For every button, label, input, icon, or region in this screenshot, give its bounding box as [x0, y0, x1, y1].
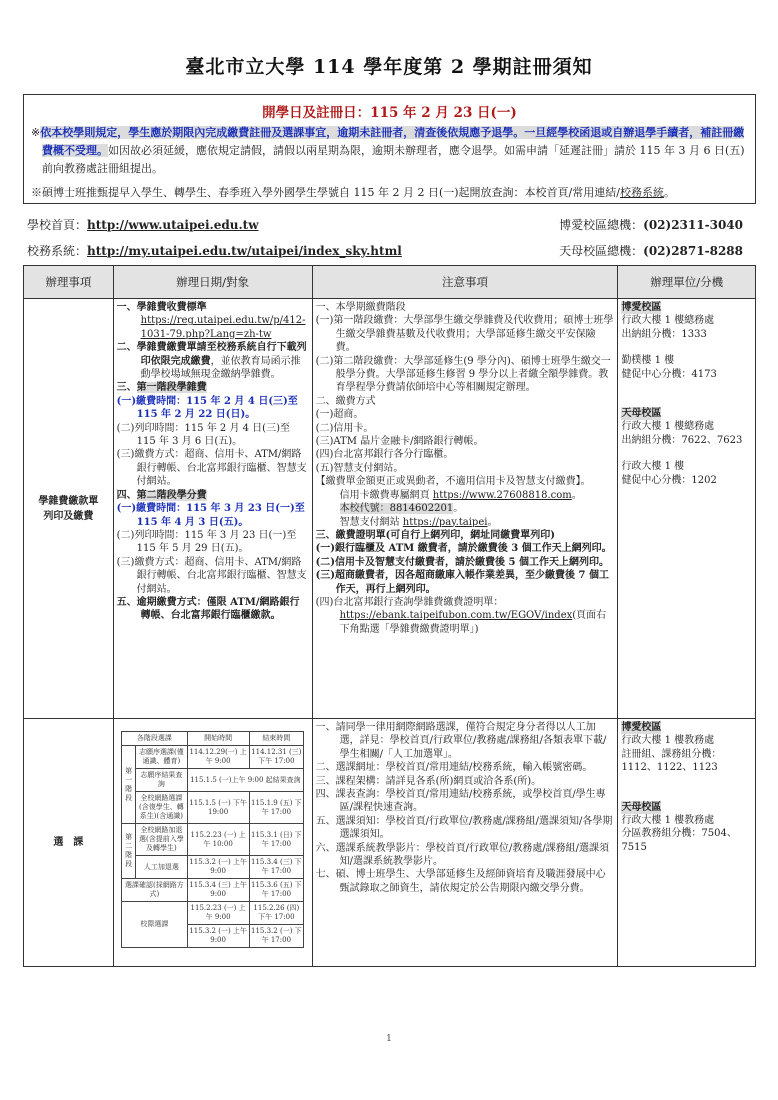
- registration-table: 辦理事項 辦理日期/對象 注意事項 辦理單位/分機 學雜費繳款單 列印及繳費 一…: [23, 265, 756, 967]
- course-notes-cell: 一、請同學一律用網際網路選課，僅符合規定身分者得以人工加選，詳見：學校首頁/行政…: [312, 719, 618, 967]
- method-atm: (三)ATM 晶片金融卡/網路銀行轉帳。: [316, 435, 615, 448]
- tuition-dates-cell: 一、學雜費收費標準 https://reg.utaipei.edu.tw/p/4…: [113, 299, 312, 719]
- page-number: 1: [0, 1034, 778, 1044]
- note-receipt: 三、繳費證明單(可自行上網列印，網址同繳費單列印): [316, 529, 615, 542]
- course-note-1: 一、請同學一律用網際網路選課，僅符合規定身分者得以人工加選，詳見：學校首頁/行政…: [316, 721, 615, 761]
- credit-card-page: 信用卡繳費專屬網頁 https://www.27608818.com。: [316, 489, 615, 502]
- notice-paragraph-student-id: ※碩博士班推甄提早入學生、轉學生、春季班入學外國學生學號自 115 年 2 月 …: [28, 184, 751, 202]
- note-mark: ※: [31, 186, 42, 199]
- schedule-name: 校際選課: [122, 902, 188, 948]
- phase2-payment-time: (一)繳費時間：115 年 3 月 23 日(一)至 115 年 4 月 3 日…: [117, 502, 309, 529]
- boai-cashier-ext: 出納組分機：1333: [621, 328, 752, 341]
- late-payment-method: 五、逾期繳費方式：僅限 ATM/網路銀行轉帳、台北富邦銀行臨櫃繳款。: [117, 596, 309, 623]
- schedule-end: 115.3.2 (一) 下午 17:00: [249, 925, 304, 948]
- tianmu-phone: (02)2871-8288: [643, 244, 743, 258]
- schedule-name: 全校網路加退選(含提前入學及轉學生): [136, 824, 188, 856]
- smart-pay-label: 智慧支付網站: [340, 517, 403, 528]
- notice-paragraph-rules: ※依本校學則規定，學生應於期限內完成繳費註冊及選課事宜，逾期未註冊者，清查後依規…: [28, 124, 751, 178]
- course-note-6: 六、選課系統教學影片：學校首頁/行政單位/教務處/課務組/選課須知/選課系統教學…: [316, 842, 615, 869]
- schedule-row: 人工加退選 115.3.2 (一) 上午 9:00 115.3.4 (三) 下午…: [122, 856, 304, 879]
- course-note-3: 三、課程架構：請詳見各系(所)網頁或洽各系(所)。: [316, 775, 615, 788]
- table-row-course-selection: 選 課 各階段選課 開始時間 結束時間 第一階段 志願序選課(僅通識、體育) 1…: [24, 719, 756, 967]
- tianmu-campus-label: 天母校區: [621, 407, 661, 420]
- method-smart-pay: (五)智慧支付網站。: [316, 462, 615, 475]
- boai-general-affairs: 行政大樓 1 樓總務處: [621, 314, 752, 327]
- tianmu-cashier-ext: 出納組分機：7622、7623: [621, 434, 752, 447]
- boai-campus-label: 博愛校區: [621, 301, 661, 314]
- header-item: 辦理事項: [24, 266, 114, 299]
- phase1-label: 第一階段: [122, 746, 136, 824]
- boai-registry-ext-label: 註冊組、課務組分機：: [621, 748, 752, 761]
- school-code-line: 本校代號：8814602201。: [316, 502, 615, 515]
- boai-academic-affairs: 行政大樓 1 樓教務處: [621, 734, 752, 747]
- fubon-link-line: https://ebank.taipeifubon.com.tw/EGOV/in…: [316, 609, 615, 636]
- course-units-cell: 博愛校區 行政大樓 1 樓教務處 註冊組、課務組分機： 1112、1122、11…: [618, 719, 756, 967]
- phase2-label: 第二階段: [122, 824, 136, 879]
- payment-restriction-note: 【繳費單金額更正或異動者，不適用信用卡及智慧支付繳費】。: [316, 475, 615, 488]
- fee-standard-title: 一、學雜費收費標準: [117, 301, 309, 314]
- school-code: 本校代號：8814602201: [340, 503, 454, 514]
- schedule-start: 115.2.23 (一) 上午 10:00: [187, 824, 249, 856]
- phase1-payment-time: (一)繳費時間：115 年 2 月 4 日(三)至 115 年 2 月 22 日…: [117, 395, 309, 422]
- schedule-start: 115.1.5 (一) 下午 19:00: [187, 792, 249, 824]
- schedule-end: 115.2.26 (四) 下午 17:00: [249, 902, 304, 925]
- method-credit-card: (二)信用卡。: [316, 422, 615, 435]
- table-header-row: 辦理事項 辦理日期/對象 注意事項 辦理單位/分機: [24, 266, 756, 299]
- phase2-title: 四、第二階段學分費: [117, 489, 309, 502]
- rules-text: 如因故必須延緩，應依規定請假，請假以兩星期為限，逾期未辦理者，應令退學。如需申請…: [42, 144, 745, 175]
- note-payment-methods: 二、繳費方式: [316, 395, 615, 408]
- fubon-ebank-link[interactable]: https://ebank.taipeifubon.com.tw/EGOV/in…: [340, 610, 573, 621]
- credit-card-link[interactable]: https://www.27608818.com: [433, 490, 572, 501]
- homepage-label: 學校首頁：: [27, 218, 87, 232]
- header-notes: 注意事項: [312, 266, 618, 299]
- schedule-row: 第一階段 志願序選課(僅通識、體育) 114.12.29(一) 上午 9:00 …: [122, 746, 304, 769]
- tianmu-general-affairs: 行政大樓 1 樓總務處: [621, 420, 752, 433]
- receipt-convenience-store: (三)超商繳費者，因各超商繳庫入帳作業差異，至少繳費後 7 個工作天，再行上網列…: [316, 569, 615, 596]
- schedule-name: 全校網路選課(含復學生、轉系生)(含通識): [136, 792, 188, 824]
- school-system-link[interactable]: 校務系統: [620, 186, 664, 199]
- method-bank-counter: (四)台北富邦銀行各分行臨櫃。: [316, 448, 615, 461]
- schedule-end: 115.1.9 (五) 下午 17:00: [249, 792, 304, 824]
- item-tuition: 學雜費繳款單 列印及繳費: [24, 299, 114, 719]
- phase1-title: 三、第一階段學雜費: [117, 381, 309, 394]
- phase1-prefix: 三、: [117, 382, 137, 393]
- school-system-url-link[interactable]: http://my.utaipei.edu.tw/utaipei/index_s…: [87, 244, 402, 258]
- schedule-end: 114.12.31 (三) 下午 17:00: [249, 746, 304, 769]
- homepage-link[interactable]: http://www.utaipei.edu.tw: [87, 218, 259, 232]
- info-row-homepage: 學校首頁：http://www.utaipei.edu.tw 博愛校區總機：(0…: [27, 216, 743, 233]
- schedule-row: 選課確認(採網路方式) 115.3.4 (三) 上午 9:00 115.3.6 …: [122, 879, 304, 902]
- course-note-2: 二、選課網址：學校首頁/常用連結/校務系統，輸入帳號密碼。: [316, 761, 615, 774]
- schedule-end: 115.3.4 (三) 下午 17:00: [249, 856, 304, 879]
- boai-building: 勤樸樓 1 樓: [621, 354, 752, 367]
- tianmu-campus-label: 天母校區: [621, 801, 661, 814]
- info-row-system: 校務系統：http://my.utaipei.edu.tw/utaipei/in…: [27, 242, 743, 259]
- schedule-name: 志願序選課(僅通識、體育): [136, 746, 188, 769]
- schedule-header-start: 開始時間: [187, 732, 249, 746]
- schedule-row: 第二階段 全校網路加退選(含提前入學及轉學生) 115.2.23 (一) 上午 …: [122, 824, 304, 856]
- schedule-end: 115.3.6 (五) 下午 17:00: [249, 879, 304, 902]
- schedule-start: 115.3.4 (三) 上午 9:00: [187, 879, 249, 902]
- schedule-header-end: 結束時間: [249, 732, 304, 746]
- boai-phone: (02)2311-3040: [643, 218, 743, 232]
- boai-registry-ext: 1112、1122、1123: [621, 761, 752, 774]
- tianmu-academic-ext: 分區教務組分機：7504、7515: [621, 827, 752, 854]
- method-convenience-store: (一)超商。: [316, 408, 615, 421]
- schedule-header-stage: 各階段選課: [122, 732, 188, 746]
- schedule-name: 人工加退選: [136, 856, 188, 879]
- tianmu-building: 行政大樓 1 樓: [621, 460, 752, 473]
- schedule-start: 115.3.2 (一) 上午 9:00: [187, 856, 249, 879]
- receipt-credit-card: (二)信用卡及智慧支付繳費者，請於繳費後 5 個工作天上網列印。: [316, 556, 615, 569]
- table-row-tuition: 學雜費繳款單 列印及繳費 一、學雜費收費標準 https://reg.utaip…: [24, 299, 756, 719]
- boai-campus-label: 博愛校區: [621, 721, 661, 734]
- note-mark: ※: [31, 126, 40, 139]
- schedule-header: 各階段選課 開始時間 結束時間: [122, 732, 304, 746]
- course-note-4: 四、課表查詢：學校首頁/常用連結/校務系統，或學校首頁/學生專區/課程快速查詢。: [316, 788, 615, 815]
- schedule-row: 志願序結果查詢 115.1.5 (一)上午 9:00 起結果查詢: [122, 769, 304, 792]
- schedule-row: 全校網路選課(含復學生、轉系生)(含通識) 115.1.5 (一) 下午 19:…: [122, 792, 304, 824]
- phase2-prefix: 四、: [117, 490, 137, 501]
- receipt-fubon-query: (四)台北富邦銀行查詢學雜費繳費證明單：: [316, 596, 615, 609]
- phase2-print-time: (二)列印時間：115 年 3 月 23 日(一)至 115 年 5 月 29 …: [117, 529, 309, 556]
- header-units: 辦理單位/分機: [618, 266, 756, 299]
- course-note-5: 五、選課須知：學校首頁/行政單位/教務處/課務組/選課須知/各學期選課須知。: [316, 815, 615, 842]
- schedule-start: 115.3.2 (一) 上午 9:00: [187, 925, 249, 948]
- page-title: 臺北市立大學 114 學年度第 2 學期註冊須知: [0, 52, 778, 79]
- phase1-print-time: (二)列印時間：115 年 2 月 4 日(三)至 115 年 3 月 6 日(…: [117, 422, 309, 449]
- schedule-start: 115.2.23 (一) 上午 9:00: [187, 902, 249, 925]
- phase1-payment-methods: (三)繳費方式：超商、信用卡、ATM/網路銀行轉帳、台北富邦銀行臨櫃、智慧支付網…: [117, 448, 309, 488]
- schedule-row: 校際選課 115.2.23 (一) 上午 9:00 115.2.26 (四) 下…: [122, 902, 304, 925]
- system-label: 校務系統：: [27, 244, 87, 258]
- receipt-bank-atm: (一)銀行臨櫃及 ATM 繳費者，請於繳費後 3 個工作天上網列印。: [316, 542, 615, 555]
- phase2-label: 第二階段學分費: [137, 490, 207, 501]
- item-course-selection: 選 課: [24, 719, 114, 967]
- tianmu-phone-label: 天母校區總機：: [559, 244, 643, 258]
- schedule-span: 115.1.5 (一)上午 9:00 起結果查詢: [187, 769, 303, 792]
- tianmu-health-ext: 健促中心分機：1202: [621, 474, 752, 487]
- smart-pay-link[interactable]: https://pay.taipei: [403, 517, 488, 528]
- student-id-text: 碩博士班推甄提早入學生、轉學生、春季班入學外國學生學號自 115 年 2 月 2…: [42, 186, 620, 199]
- course-schedule-cell: 各階段選課 開始時間 結束時間 第一階段 志願序選課(僅通識、體育) 114.1…: [113, 719, 312, 967]
- period: 。: [664, 186, 675, 199]
- registration-date: 開學日及註冊日：115 年 2 月 23 日(一): [24, 101, 755, 121]
- schedule-start: 114.12.29(一) 上午 9:00: [187, 746, 249, 769]
- phase2-payment-methods: (三)繳費方式：超商、信用卡、ATM/網路銀行轉帳、台北富邦銀行臨櫃、智慧支付網…: [117, 556, 309, 596]
- item-tuition-line2: 列印及繳費: [24, 509, 113, 524]
- note-payment-stages: 一、本學期繳費階段: [316, 301, 615, 314]
- tuition-units-cell: 博愛校區 行政大樓 1 樓總務處 出納組分機：1333 勤樸樓 1 樓 健促中心…: [618, 299, 756, 719]
- tianmu-academic-affairs: 行政大樓 1 樓教務處: [621, 814, 752, 827]
- schedule-end: 115.3.1 (日) 下午 17:00: [249, 824, 304, 856]
- schedule-name: 志願序結果查詢: [136, 769, 188, 792]
- phase1-label: 第一階段學雜費: [137, 382, 207, 393]
- boai-health-ext: 健促中心分機：4173: [621, 368, 752, 381]
- notice-box: 開學日及註冊日：115 年 2 月 23 日(一) ※依本校學則規定，學生應於期…: [23, 94, 756, 204]
- credit-card-label: 信用卡繳費專屬網頁: [340, 490, 433, 501]
- course-note-7: 七、碩、博士班學生、大學部延修生及經師資培育及職涯發展中心甄試錄取之師資生，請依…: [316, 868, 615, 895]
- fee-standard-link[interactable]: https://reg.utaipei.edu.tw/p/412-1031-79…: [117, 314, 309, 341]
- note-stage1: (一)第一階段繳費：大學部學生繳交學雜費及代收費用；碩博士班學生繳交學雜費基數及…: [316, 314, 615, 354]
- header-dates: 辦理日期/對象: [113, 266, 312, 299]
- item-tuition-line1: 學雜費繳款單: [24, 494, 113, 509]
- smart-pay-line: 智慧支付網站 https://pay.taipei。: [316, 516, 615, 529]
- tuition-notes-cell: 一、本學期繳費階段 (一)第一階段繳費：大學部學生繳交學雜費及代收費用；碩博士班…: [312, 299, 618, 719]
- fee-download-note: 二、學雜費繳費單請至校務系統自行下載列印依限完成繳費，並依教育局函示推動學校場域…: [117, 341, 309, 381]
- course-schedule-table: 各階段選課 開始時間 結束時間 第一階段 志願序選課(僅通識、體育) 114.1…: [121, 731, 304, 948]
- note-stage2: (二)第二階段繳費：大學部延修生(9 學分內)、碩博士班學生繳交一般學分費。大學…: [316, 355, 615, 395]
- schedule-name: 選課確認(採網路方式): [122, 879, 188, 902]
- boai-phone-label: 博愛校區總機：: [559, 218, 643, 232]
